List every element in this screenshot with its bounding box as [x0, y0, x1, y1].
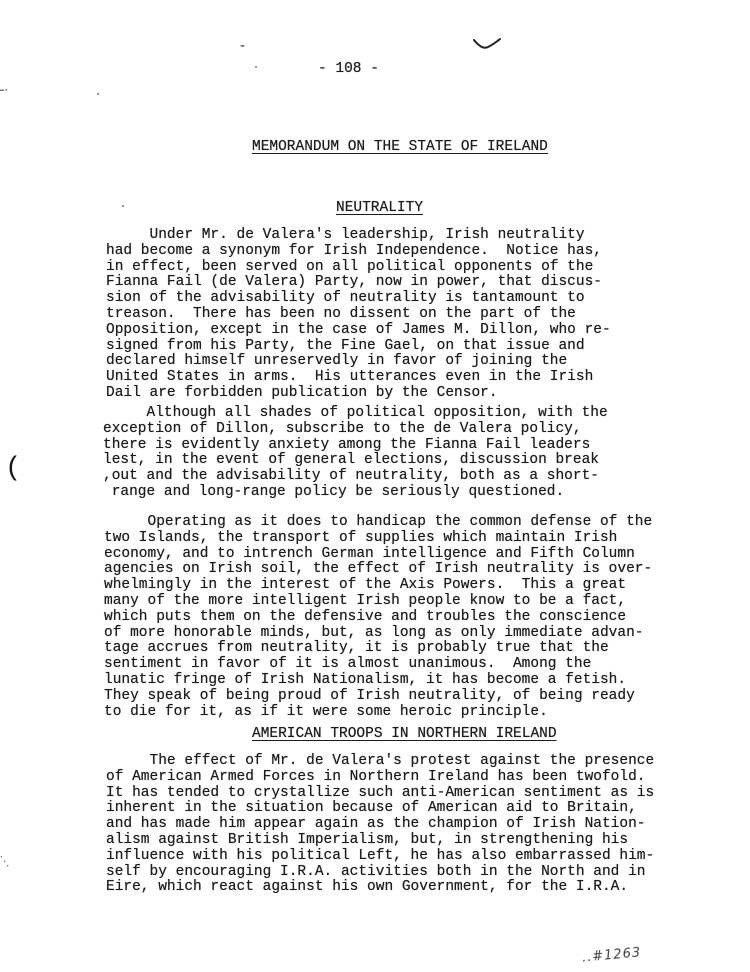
paragraph-neutrality-2: Although all shades of political opposit… [103, 406, 608, 501]
left-margin-paren-mark: ( [5, 454, 21, 484]
left-margin-mark-top: i. [0, 88, 9, 99]
checkmark-squiggle-icon [472, 36, 502, 52]
corner-handwritten-scribble: ..#1263 [581, 945, 641, 965]
scan-speck [255, 66, 257, 68]
paragraph-american-troops-1: The effect of Mr. de Valera's protest ag… [106, 754, 654, 896]
section-heading-american-troops: AMERICAN TROOPS IN NORTHERN IRELAND [252, 727, 557, 743]
scan-speck [122, 205, 124, 207]
page-number: - 108 - [318, 62, 379, 78]
paragraph-neutrality-3: Operating as it does to handicap the com… [104, 515, 652, 720]
scanned-memo-page: - 108 - MEMORANDUM ON THE STATE OF IRELA… [0, 0, 750, 972]
pencil-dash-mark: - [240, 38, 245, 54]
scan-speck [97, 93, 99, 95]
section-heading-neutrality: NEUTRALITY [336, 201, 423, 217]
document-title: MEMORANDUM ON THE STATE OF IRELAND [252, 140, 548, 156]
paragraph-neutrality-1: Under Mr. de Valera's leadership, Irish … [106, 228, 611, 402]
left-margin-specks: ... [0, 850, 17, 871]
